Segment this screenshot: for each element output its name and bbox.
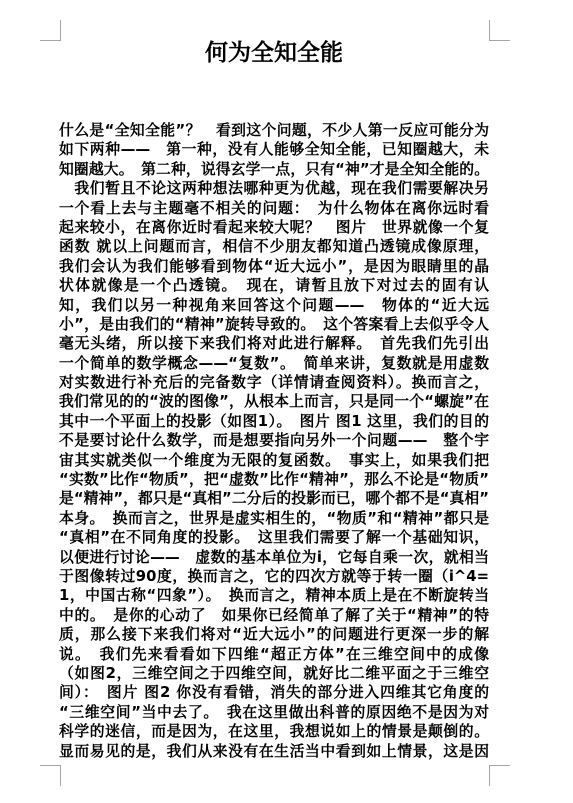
body-line: 本身。 换而言之，世界是虚实相生的，“物质”和“精神”都只是 (59, 509, 489, 528)
body-line: 对实数进行补充后的完备数字（详情请查阅资料）。换而言之， (59, 373, 489, 392)
body-line: 我们常见的的“波的图像”，从根本上而言，只是同一个“螺旋”在 (59, 392, 489, 411)
body-line: 状体就像是一个凸透镜。 现在，请暂且放下对过去的固有认 (59, 276, 489, 295)
body-line: 知圈越大。 第二种，说得玄学一点，只有“神”才是全知全能的。 (59, 160, 489, 179)
body-line: 不是要讨论什么数学，而是想要指向另外一个问题—— 整个宇 (59, 431, 489, 450)
body-line: 函数 就以上问题而言，相信不少朋友都知道凸透镜成像原理， (59, 237, 489, 256)
body-line: 质，那么接下来我们将对“近大远小”的问题进行更深一步的解 (59, 625, 489, 644)
margin-crop-mark-top-left (40, 20, 61, 41)
body-line: 于图像转过90度，换而言之，它的四次方就等于转一圈（i^4= (59, 567, 489, 586)
body-line: 中的。 是你的心动了 如果你已经简单了解了关于“精神”的特 (59, 606, 489, 625)
body-line: 我们会认为我们能够看到物体“近大远小”，是因为眼睛里的晶 (59, 257, 489, 276)
body-line: 间）： 图片 图2 你没有看错，消失的部分进入四维其它角度的 (59, 683, 489, 702)
body-line: 说。 我们先来看看如下四维“超正方体”在三维空间中的成像 (59, 645, 489, 664)
body-line: 我们暂且不论这两种想法哪种更为优越，现在我们需要解决另 (59, 179, 489, 198)
body-line: 一个看上去与主题毫不相关的问题： 为什么物体在离你远时看 (59, 199, 489, 218)
body-line: 如下两种—— 第一种，没有人能够全知全能，已知圈越大，未 (59, 140, 489, 159)
body-line: “真相”在不同角度的投影。 这里我们需要了解一个基础知识， (59, 528, 489, 547)
body-line: 一个简单的数学概念——“复数”。 简单来讲，复数就是用虚数 (59, 354, 489, 373)
body-line: 以便进行讨论—— 虚数的基本单位为i，它每自乘一次，就相当 (59, 548, 489, 567)
body-line: 其中一个平面上的投影（如图1）。 图片 图1 这里，我们的目的 (59, 412, 489, 431)
margin-crop-mark-top-right (489, 20, 510, 41)
body-line: “实数”比作“物质”，把“虚数”比作“精神”，那么不论是“物质”还 (59, 470, 489, 489)
document-page: 何为全知全能 什么是“全知全能”？ 看到这个问题，不少人第一反应可能分为如下两种… (0, 0, 573, 803)
body-line: 起来较小，在离你近时看起来较大呢？ 图片 世界就像一个复 (59, 218, 489, 237)
body-line: （如图2，三维空间之于四维空间，就好比二维平面之于三维空 (59, 664, 489, 683)
body-line: 是“精神”，都只是“真相”二分后的投影而已，哪个都不是“真相” (59, 489, 489, 508)
body-line: 1，中国古称“四象”）。 换而言之，精神本质上是在不断旋转当 (59, 586, 489, 605)
body-line: 显而易见的是，我们从来没有在生活当中看到如上情景，这是因 (59, 742, 489, 761)
body-line: 宙其实就类似一个维度为无限的复函数。 事实上，如果我们把 (59, 451, 489, 470)
margin-crop-mark-bottom-right (489, 765, 510, 786)
body-line: 知，我们以另一种视角来回答这个问题—— 物体的“近大远 (59, 296, 489, 315)
document-title: 何为全知全能 (59, 38, 489, 68)
body-line: 什么是“全知全能”？ 看到这个问题，不少人第一反应可能分为 (59, 121, 489, 140)
body-line: 毫无头绪，所以接下来我们将对此进行解释。 首先我们先引出 (59, 334, 489, 353)
body-line: “三维空间”当中去了。 我在这里做出科普的原因绝不是因为对 (59, 703, 489, 722)
body-line: 科学的迷信，而是因为，在这里，我想说如上的情景是颠倒的。 (59, 722, 489, 741)
margin-crop-mark-bottom-left (40, 765, 61, 786)
body-line: 小”，是由我们的“精神”旋转导致的。 这个答案看上去似乎令人 (59, 315, 489, 334)
document-body: 什么是“全知全能”？ 看到这个问题，不少人第一反应可能分为如下两种—— 第一种，… (59, 121, 489, 761)
